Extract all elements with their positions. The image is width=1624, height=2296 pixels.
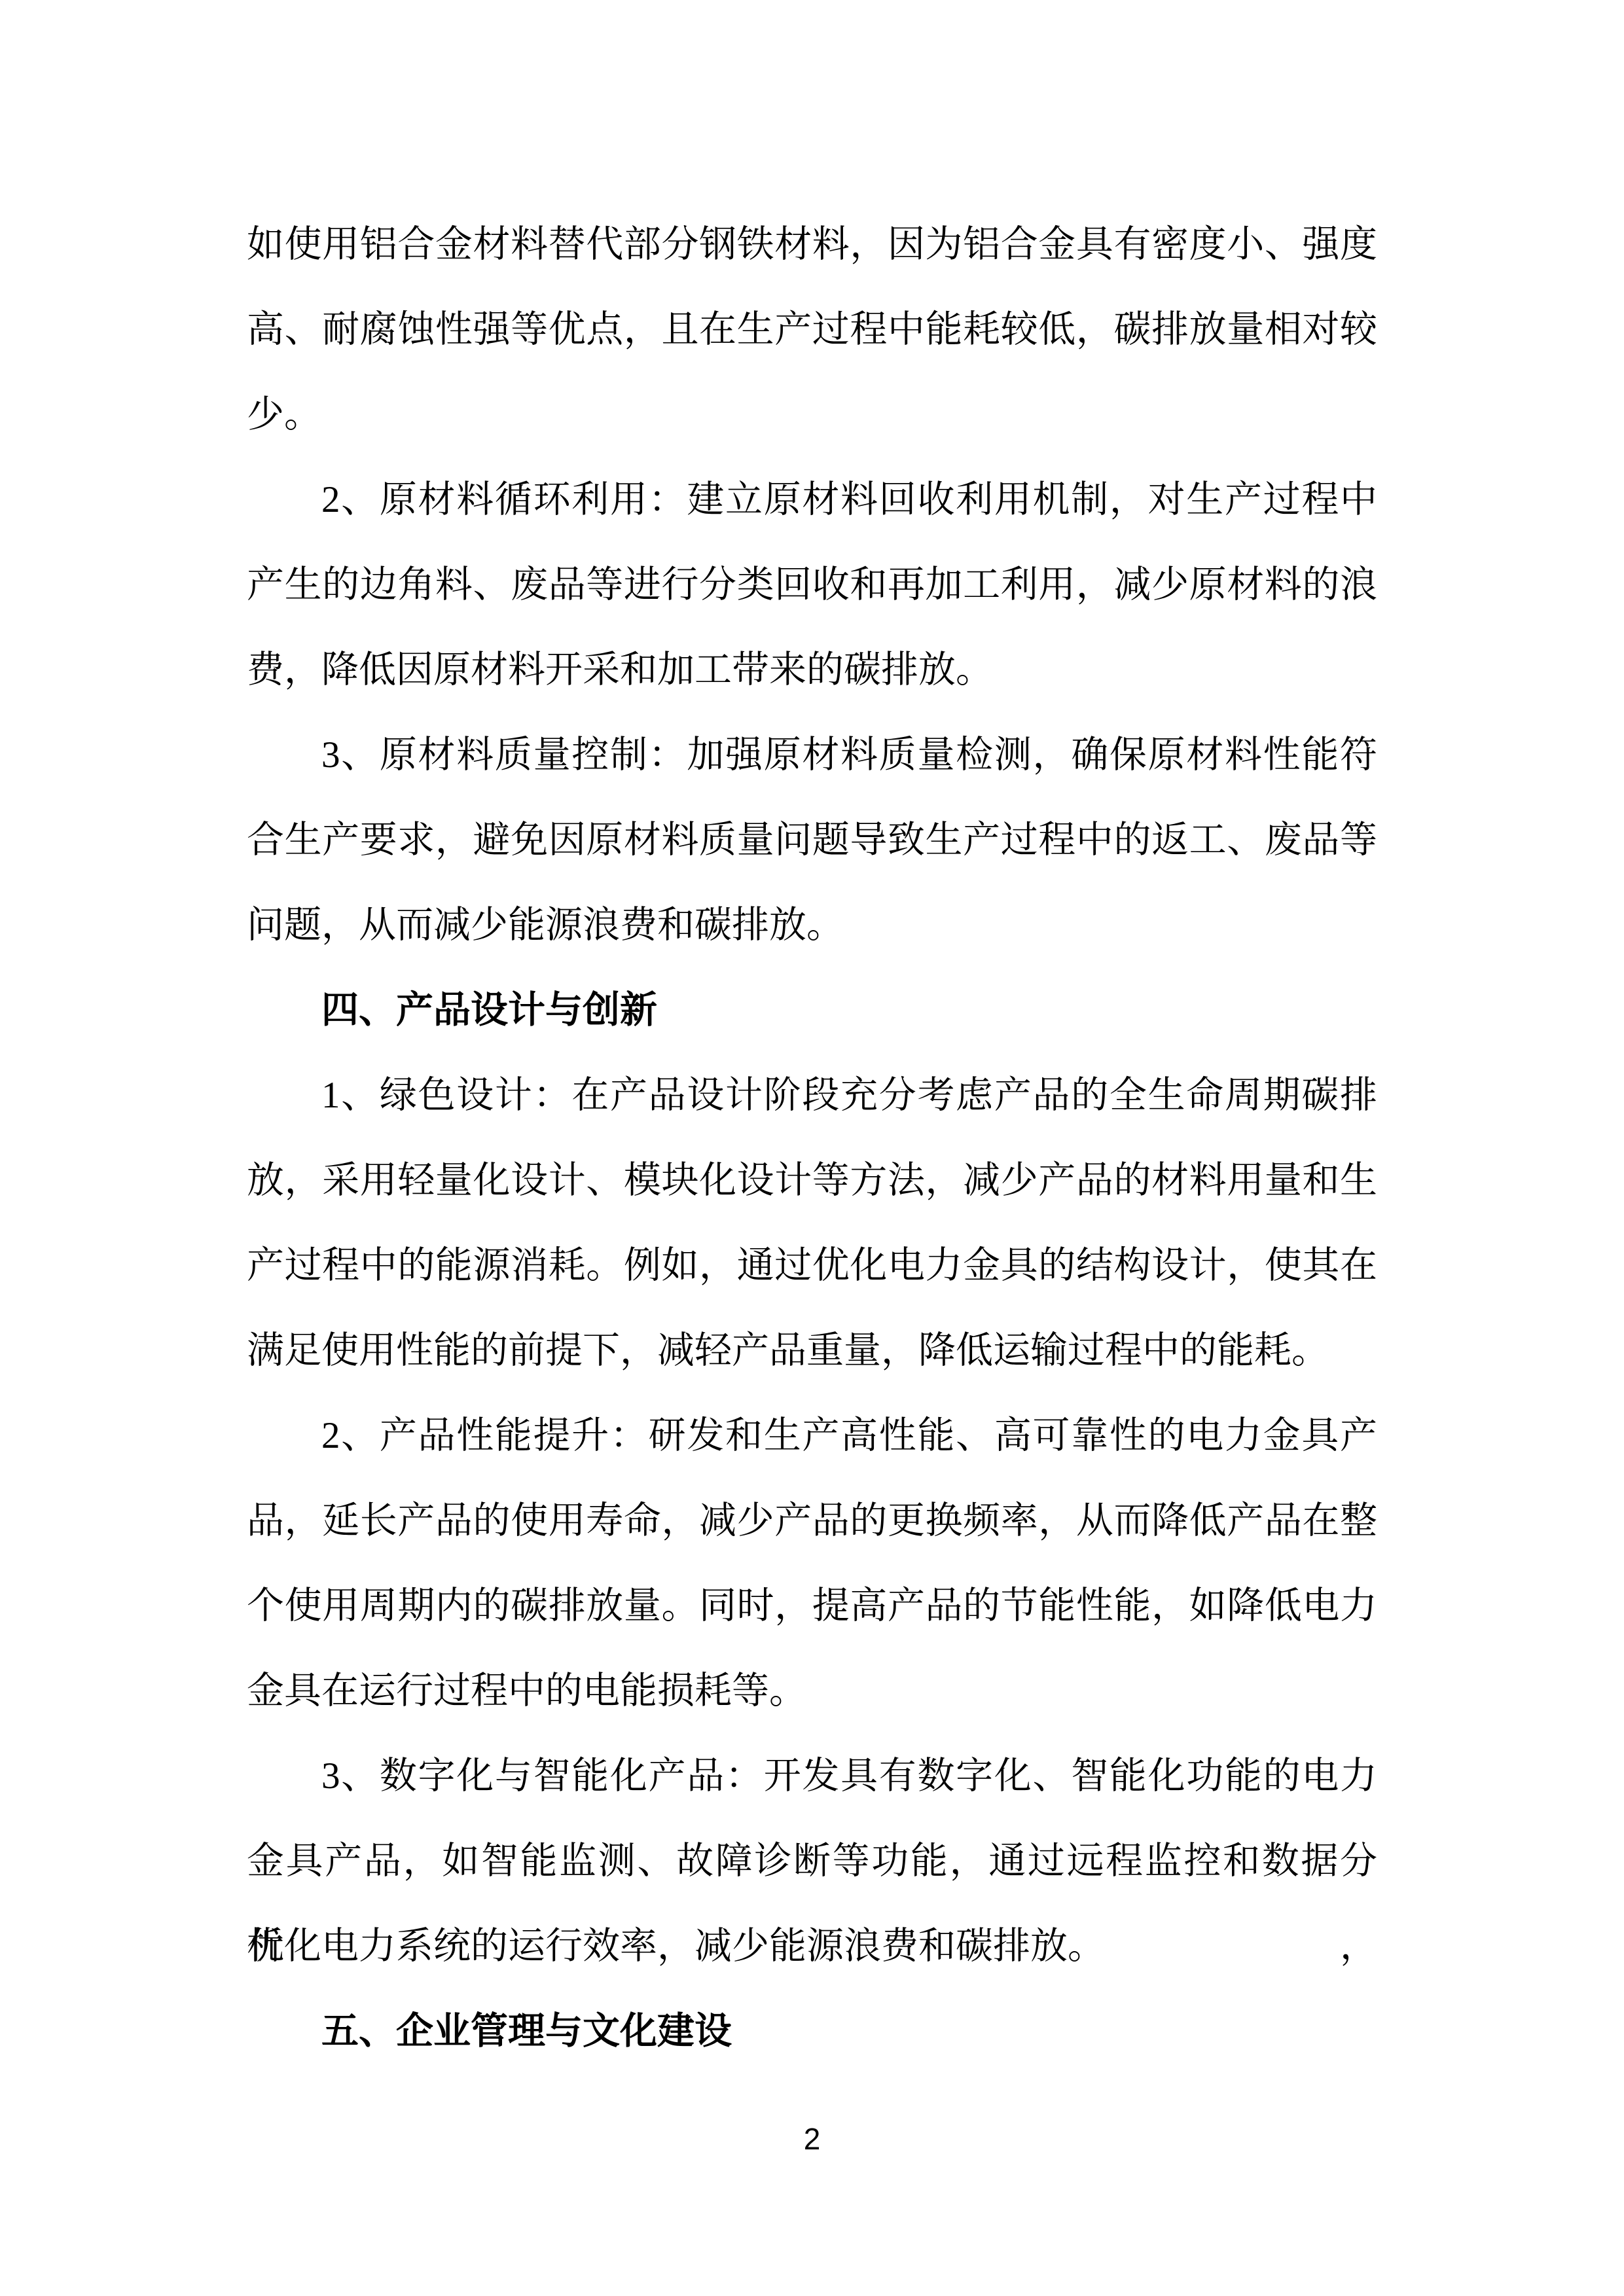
text-line: 费，降低因原材料开采和加工带来的碳排放。	[247, 628, 1377, 713]
text-line: 产生的边角料、废品等进行分类回收和再加工利用，减少原材料的浪	[247, 543, 1377, 628]
section-heading: 四、产品设计与创新	[247, 968, 1377, 1053]
page-number: 2	[0, 2119, 1624, 2159]
text-line: 3、原材料质量控制：加强原材料质量检测，确保原材料性能符	[247, 713, 1377, 798]
text-line: 合生产要求，避免因原材料质量问题导致生产过程中的返工、废品等	[247, 798, 1377, 883]
text-lines: 如使用铝合金材料替代部分钢铁材料，因为铝合金具有密度小、强度高、耐腐蚀性强等优点…	[247, 202, 1377, 2074]
text-line: 品，延长产品的使用寿命，减少产品的更换频率，从而降低产品在整	[247, 1479, 1377, 1564]
text-line: 金具产品，如智能监测、故障诊断等功能，通过远程监控和数据分析，	[247, 1819, 1377, 1904]
text-line: 高、耐腐蚀性强等优点，且在生产过程中能耗较低，碳排放量相对较	[247, 287, 1377, 372]
text-line: 2、原材料循环利用：建立原材料回收利用机制，对生产过程中	[247, 457, 1377, 543]
text-line: 金具在运行过程中的电能损耗等。	[247, 1649, 1377, 1734]
text-line: 1、绿色设计：在产品设计阶段充分考虑产品的全生命周期碳排	[247, 1053, 1377, 1138]
text-line: 问题，从而减少能源浪费和碳排放。	[247, 883, 1377, 968]
text-line: 放，采用轻量化设计、模块化设计等方法，减少产品的材料用量和生	[247, 1138, 1377, 1223]
text-line: 3、数字化与智能化产品：开发具有数字化、智能化功能的电力	[247, 1734, 1377, 1819]
text-line: 个使用周期内的碳排放量。同时，提高产品的节能性能，如降低电力	[247, 1564, 1377, 1649]
text-line: 2、产品性能提升：研发和生产高性能、高可靠性的电力金具产	[247, 1393, 1377, 1479]
text-line: 如使用铝合金材料替代部分钢铁材料，因为铝合金具有密度小、强度	[247, 202, 1377, 287]
text-line: 少。	[247, 372, 1377, 457]
document-page: 如使用铝合金材料替代部分钢铁材料，因为铝合金具有密度小、强度高、耐腐蚀性强等优点…	[0, 0, 1624, 2296]
text-line: 满足使用性能的前提下，减轻产品重量，降低运输过程中的能耗。	[247, 1308, 1377, 1393]
text-line: 产过程中的能源消耗。例如，通过优化电力金具的结构设计，使其在	[247, 1223, 1377, 1308]
section-heading: 五、企业管理与文化建设	[247, 1989, 1377, 2074]
